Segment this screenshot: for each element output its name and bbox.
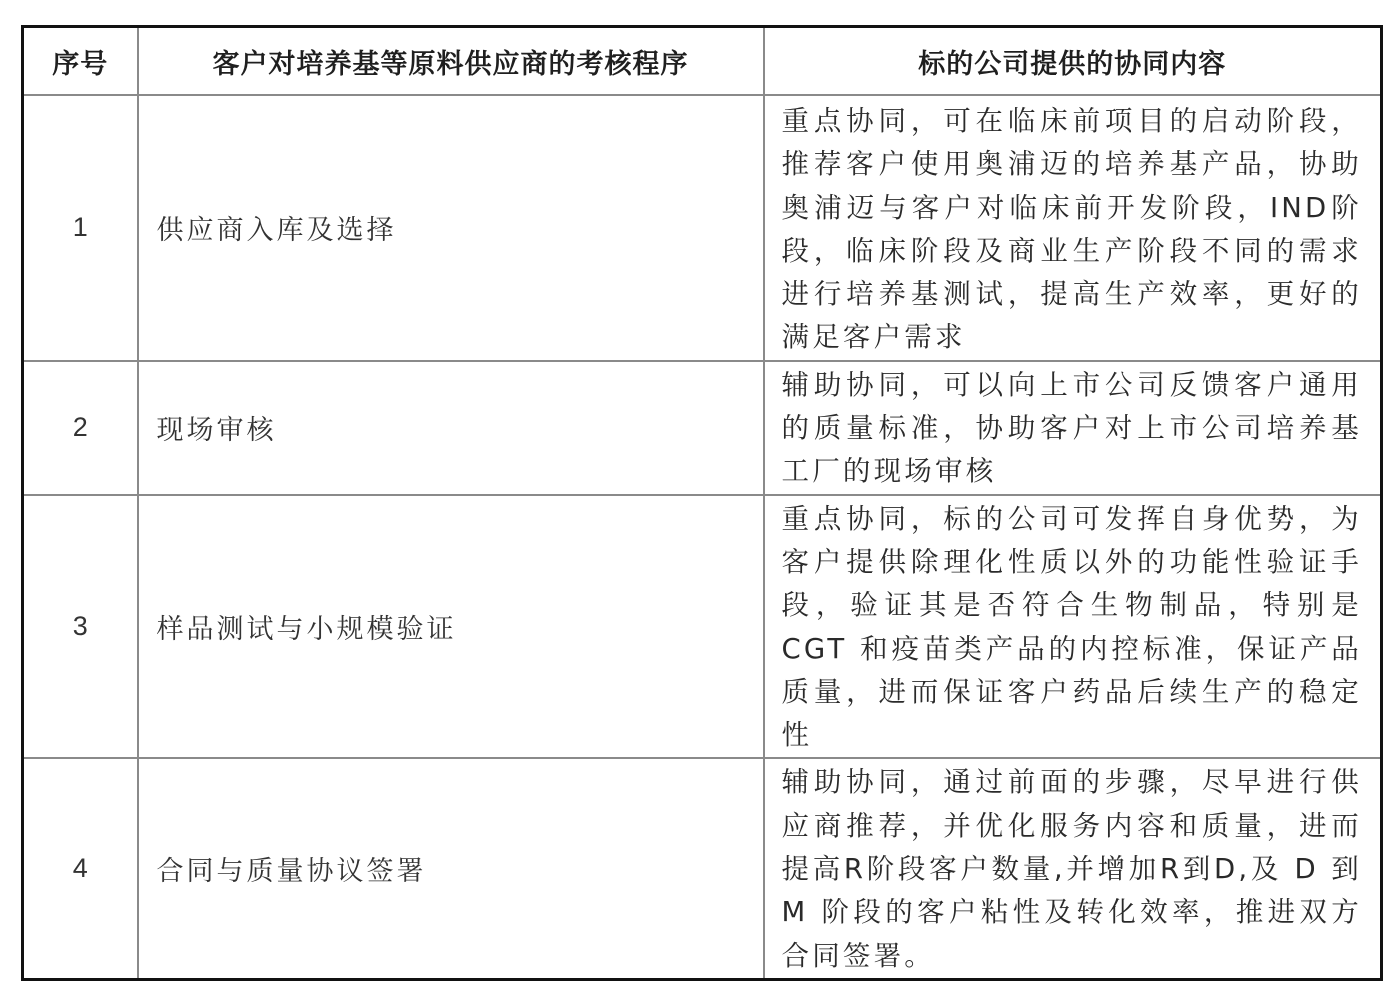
- row-number: 3: [23, 495, 138, 759]
- table-row: 3 样品测试与小规模验证 重点协同，标的公司可发挥自身优势，为客户提供除理化性质…: [23, 495, 1382, 759]
- row-synergy-content: 重点协同，可在临床前项目的启动阶段，推荐客户使用奥浦迈的培养基产品，协助奥浦迈与…: [764, 95, 1382, 361]
- header-synergy-content: 标的公司提供的协同内容: [764, 27, 1382, 96]
- table-header-row: 序号 客户对培养基等原料供应商的考核程序 标的公司提供的协同内容: [23, 27, 1382, 96]
- table-row: 2 现场审核 辅助协同，可以向上市公司反馈客户通用的质量标准，协助客户对上市公司…: [23, 361, 1382, 495]
- header-assessment-procedure: 客户对培养基等原料供应商的考核程序: [138, 27, 764, 96]
- row-synergy-content: 重点协同，标的公司可发挥自身优势，为客户提供除理化性质以外的功能性验证手段，验证…: [764, 495, 1382, 759]
- header-serial-number: 序号: [23, 27, 138, 96]
- row-number: 4: [23, 758, 138, 979]
- row-procedure: 现场审核: [138, 361, 764, 495]
- row-procedure: 供应商入库及选择: [138, 95, 764, 361]
- row-number: 2: [23, 361, 138, 495]
- row-synergy-content: 辅助协同，通过前面的步骤，尽早进行供应商推荐，并优化服务内容和质量，进而提高R阶…: [764, 758, 1382, 979]
- row-procedure: 样品测试与小规模验证: [138, 495, 764, 759]
- row-synergy-content: 辅助协同，可以向上市公司反馈客户通用的质量标准，协助客户对上市公司培养基工厂的现…: [764, 361, 1382, 495]
- row-procedure: 合同与质量协议签署: [138, 758, 764, 979]
- table-row: 1 供应商入库及选择 重点协同，可在临床前项目的启动阶段，推荐客户使用奥浦迈的培…: [23, 95, 1382, 361]
- row-number: 1: [23, 95, 138, 361]
- table-row: 4 合同与质量协议签署 辅助协同，通过前面的步骤，尽早进行供应商推荐，并优化服务…: [23, 758, 1382, 979]
- supplier-assessment-table: 序号 客户对培养基等原料供应商的考核程序 标的公司提供的协同内容 1 供应商入库…: [21, 25, 1383, 981]
